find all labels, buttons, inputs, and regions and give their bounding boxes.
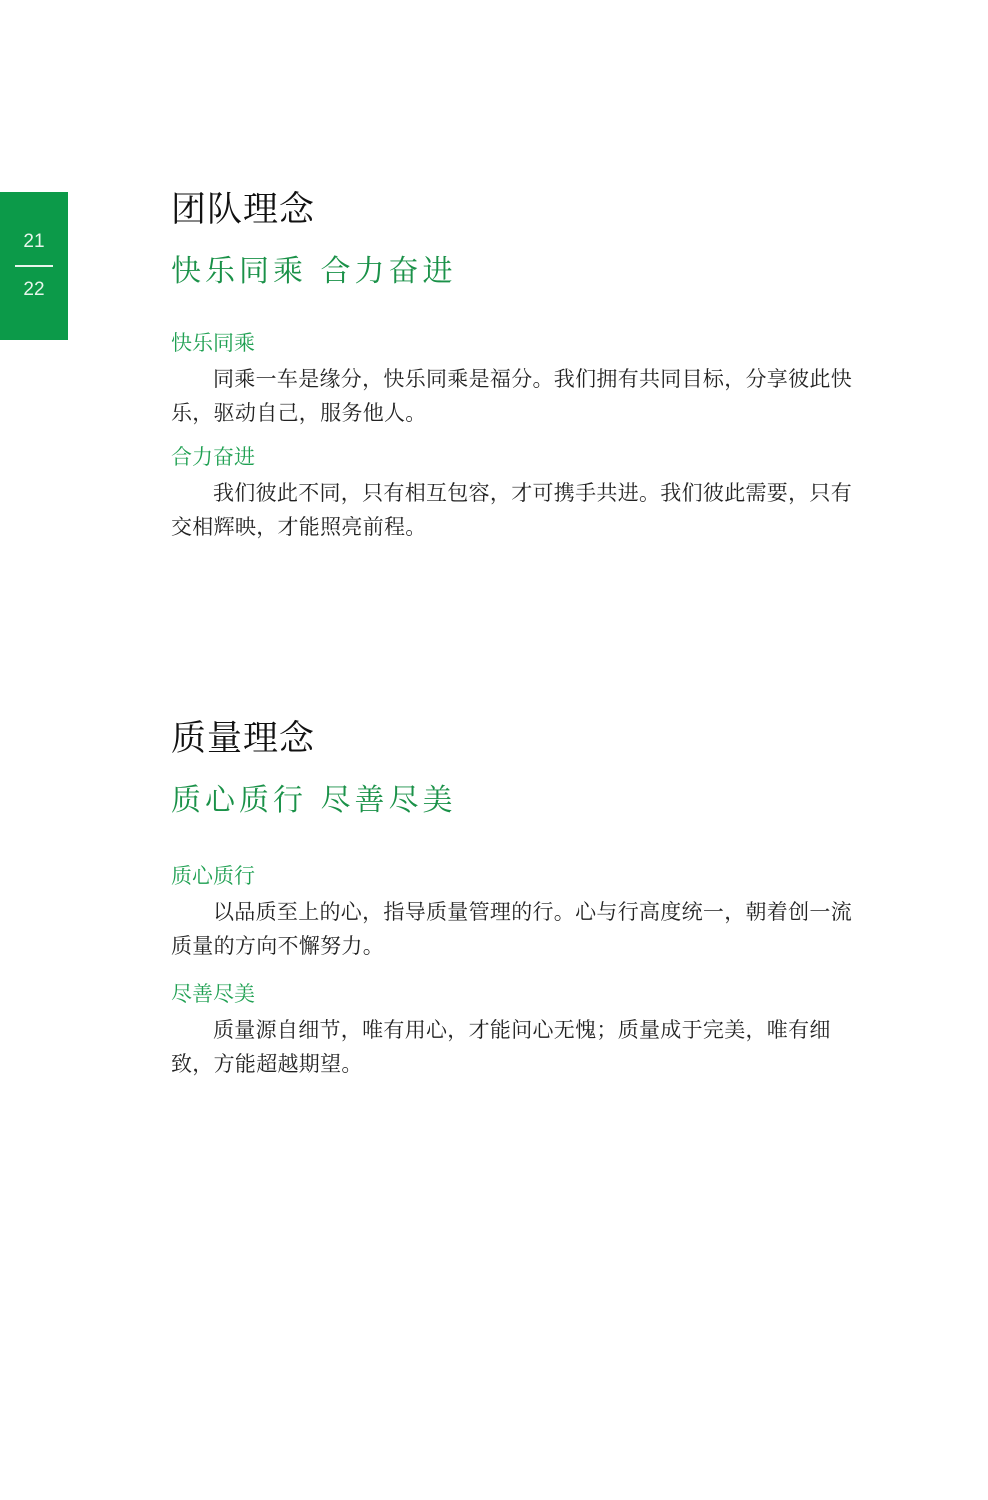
item-heading: 快乐同乘: [171, 328, 861, 358]
item-heading: 质心质行: [171, 861, 861, 891]
philosophy-item: 尽善尽美 质量源自细节，唯有用心，才能问心无愧；质量成于完美，唯有细致，方能超越…: [171, 979, 861, 1081]
page-number-divider: [15, 265, 53, 267]
team-philosophy-section: 团队理念 快乐同乘 合力奋进 快乐同乘 同乘一车是缘分，快乐同乘是福分。我们拥有…: [171, 188, 861, 544]
section-title: 质量理念: [171, 717, 861, 761]
philosophy-item: 合力奋进 我们彼此不同，只有相互包容，才可携手共进。我们彼此需要，只有交相辉映，…: [171, 442, 861, 544]
section-motto: 质心质行 尽善尽美: [171, 781, 861, 821]
item-heading: 合力奋进: [171, 442, 861, 472]
philosophy-item: 快乐同乘 同乘一车是缘分，快乐同乘是福分。我们拥有共同目标，分享彼此快乐，驱动自…: [171, 328, 861, 430]
section-motto: 快乐同乘 合力奋进: [171, 252, 861, 292]
philosophy-item: 质心质行 以品质至上的心，指导质量管理的行。心与行高度统一，朝着创一流质量的方向…: [171, 861, 861, 963]
item-text: 同乘一车是缘分，快乐同乘是福分。我们拥有共同目标，分享彼此快乐，驱动自己，服务他…: [171, 362, 861, 430]
section-title: 团队理念: [171, 188, 861, 232]
page-number-right: 22: [23, 278, 44, 302]
page-number-left: 21: [23, 230, 44, 254]
item-text: 我们彼此不同，只有相互包容，才可携手共进。我们彼此需要，只有交相辉映，才能照亮前…: [171, 476, 861, 544]
item-text: 以品质至上的心，指导质量管理的行。心与行高度统一，朝着创一流质量的方向不懈努力。: [171, 895, 861, 963]
quality-philosophy-section: 质量理念 质心质行 尽善尽美 质心质行 以品质至上的心，指导质量管理的行。心与行…: [171, 717, 861, 1081]
page-number-tab: 21 22: [0, 192, 68, 340]
item-heading: 尽善尽美: [171, 979, 861, 1009]
item-text: 质量源自细节，唯有用心，才能问心无愧；质量成于完美，唯有细致，方能超越期望。: [171, 1013, 861, 1081]
